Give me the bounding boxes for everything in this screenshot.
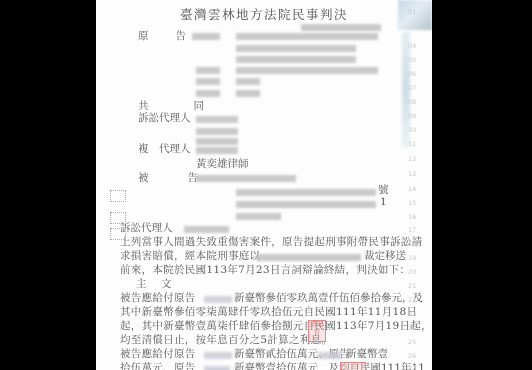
- redacted-agent: [196, 128, 238, 135]
- body-line: 裁定移送: [364, 250, 406, 263]
- body-line: 求損害賠償，經本院刑事庭以: [120, 250, 260, 263]
- line-number: 05: [408, 56, 416, 64]
- body-line: 被告應給付原告: [120, 348, 196, 361]
- line-number: 20: [408, 268, 416, 276]
- body-line: 新臺幣參佰零玖萬壹仟伍佰參拾參元，及: [234, 292, 423, 305]
- main-text-heading: 主 文: [136, 278, 174, 291]
- seal-text: 書記官: [311, 321, 323, 336]
- redacted-name: [204, 366, 230, 370]
- binding-mark: [110, 190, 126, 202]
- redacted-agent: [196, 116, 238, 123]
- redacted-name: [318, 352, 342, 359]
- redacted-text: [236, 213, 281, 220]
- redacted-text: [236, 90, 260, 97]
- redacted-agent: [184, 226, 229, 233]
- body-line: 新臺幣壹: [346, 348, 388, 361]
- line-number: 12: [408, 155, 416, 163]
- court-seal: 書記官: [308, 320, 326, 342]
- line-number: 10: [408, 126, 416, 134]
- line-number: 22: [408, 296, 416, 304]
- line-number: 09: [408, 112, 416, 120]
- binding-mark: [110, 212, 126, 224]
- redacted-address: [236, 56, 356, 63]
- line-number: 08: [408, 98, 416, 106]
- redacted-case-number: [256, 254, 361, 261]
- redacted-address: [236, 67, 378, 74]
- line-number: 06: [408, 70, 416, 78]
- address-suffix: 1: [380, 196, 387, 209]
- body-line: 起，其中新臺幣壹萬柒仟肆佰參拾捌元自民國113年7月19日起，: [120, 320, 432, 333]
- line-number: 15: [408, 199, 416, 207]
- binding-mark: [110, 228, 126, 240]
- line-number: 13: [408, 170, 416, 178]
- body-line: 被告應給付原告: [120, 292, 196, 305]
- litigation-agent-label: 訴訟代理人: [138, 112, 191, 125]
- body-line: 均至清償日止，按年息百分之5計算之利息。: [120, 334, 332, 347]
- redacted-text: [236, 78, 260, 85]
- court-seal: [340, 362, 366, 370]
- redacted-defendant: [196, 175, 296, 182]
- line-number: 21: [408, 282, 416, 290]
- sub-agent-label: 複 代理人: [138, 143, 191, 156]
- line-number: 04: [408, 42, 416, 50]
- line-number: 19: [408, 254, 416, 262]
- redacted-agent: [196, 147, 238, 154]
- body-line: 其中新臺幣參佰零柒萬肆仟零玖拾伍元自民國111年11月18日: [120, 306, 417, 319]
- line-number: 23: [408, 310, 416, 318]
- redacted-plaintiff-name: [192, 33, 220, 40]
- plaintiff-label: 原 告: [138, 30, 188, 43]
- line-number: 07: [408, 84, 416, 92]
- redacted-address: [236, 33, 378, 40]
- line-number: 27: [408, 364, 416, 370]
- redacted-name: [196, 67, 220, 74]
- body-line: 新臺幣壹拾伍萬元，及均自民國111年11: [234, 362, 425, 370]
- sub-agent-name: 黃奕雄律師: [196, 158, 249, 171]
- redacted-address: [236, 45, 356, 52]
- defendant-agent-label: 訴訟代理人: [120, 222, 173, 235]
- judgment-page: 臺灣雲林地方法院民事判決 原 告 共 同 訴訟代理人 複 代理人 黃奕雄律師 被…: [96, 0, 432, 370]
- redacted-address: [236, 189, 376, 196]
- redacted-address: [236, 201, 376, 208]
- line-number: 17: [408, 226, 416, 234]
- redacted-name: [204, 352, 232, 359]
- redacted-name: [196, 90, 220, 97]
- redacted-text: [301, 24, 381, 31]
- body-line: 前來，本院於民國113年7月23日言詞辯論終結，判決如下：: [120, 264, 410, 277]
- body-line: 上列當事人間過失致重傷害案件，原告提起刑事附帶民事訴訟請: [120, 236, 422, 249]
- line-number: 16: [408, 213, 416, 221]
- defendant-label: 被 告: [138, 172, 204, 185]
- line-number: 01: [408, 8, 416, 16]
- body-line: 拾伍萬元、原告: [120, 362, 196, 370]
- redacted-agent: [196, 138, 238, 145]
- line-number: 18: [408, 240, 416, 248]
- document-title: 臺灣雲林地方法院民事判決: [96, 5, 432, 23]
- line-number: 11: [408, 140, 416, 148]
- redacted-name: [196, 78, 220, 85]
- redacted-name: [204, 296, 232, 303]
- line-number: 25: [408, 338, 416, 346]
- line-number: 26: [408, 352, 416, 360]
- line-number: 24: [408, 324, 416, 332]
- line-number: 14: [408, 185, 416, 193]
